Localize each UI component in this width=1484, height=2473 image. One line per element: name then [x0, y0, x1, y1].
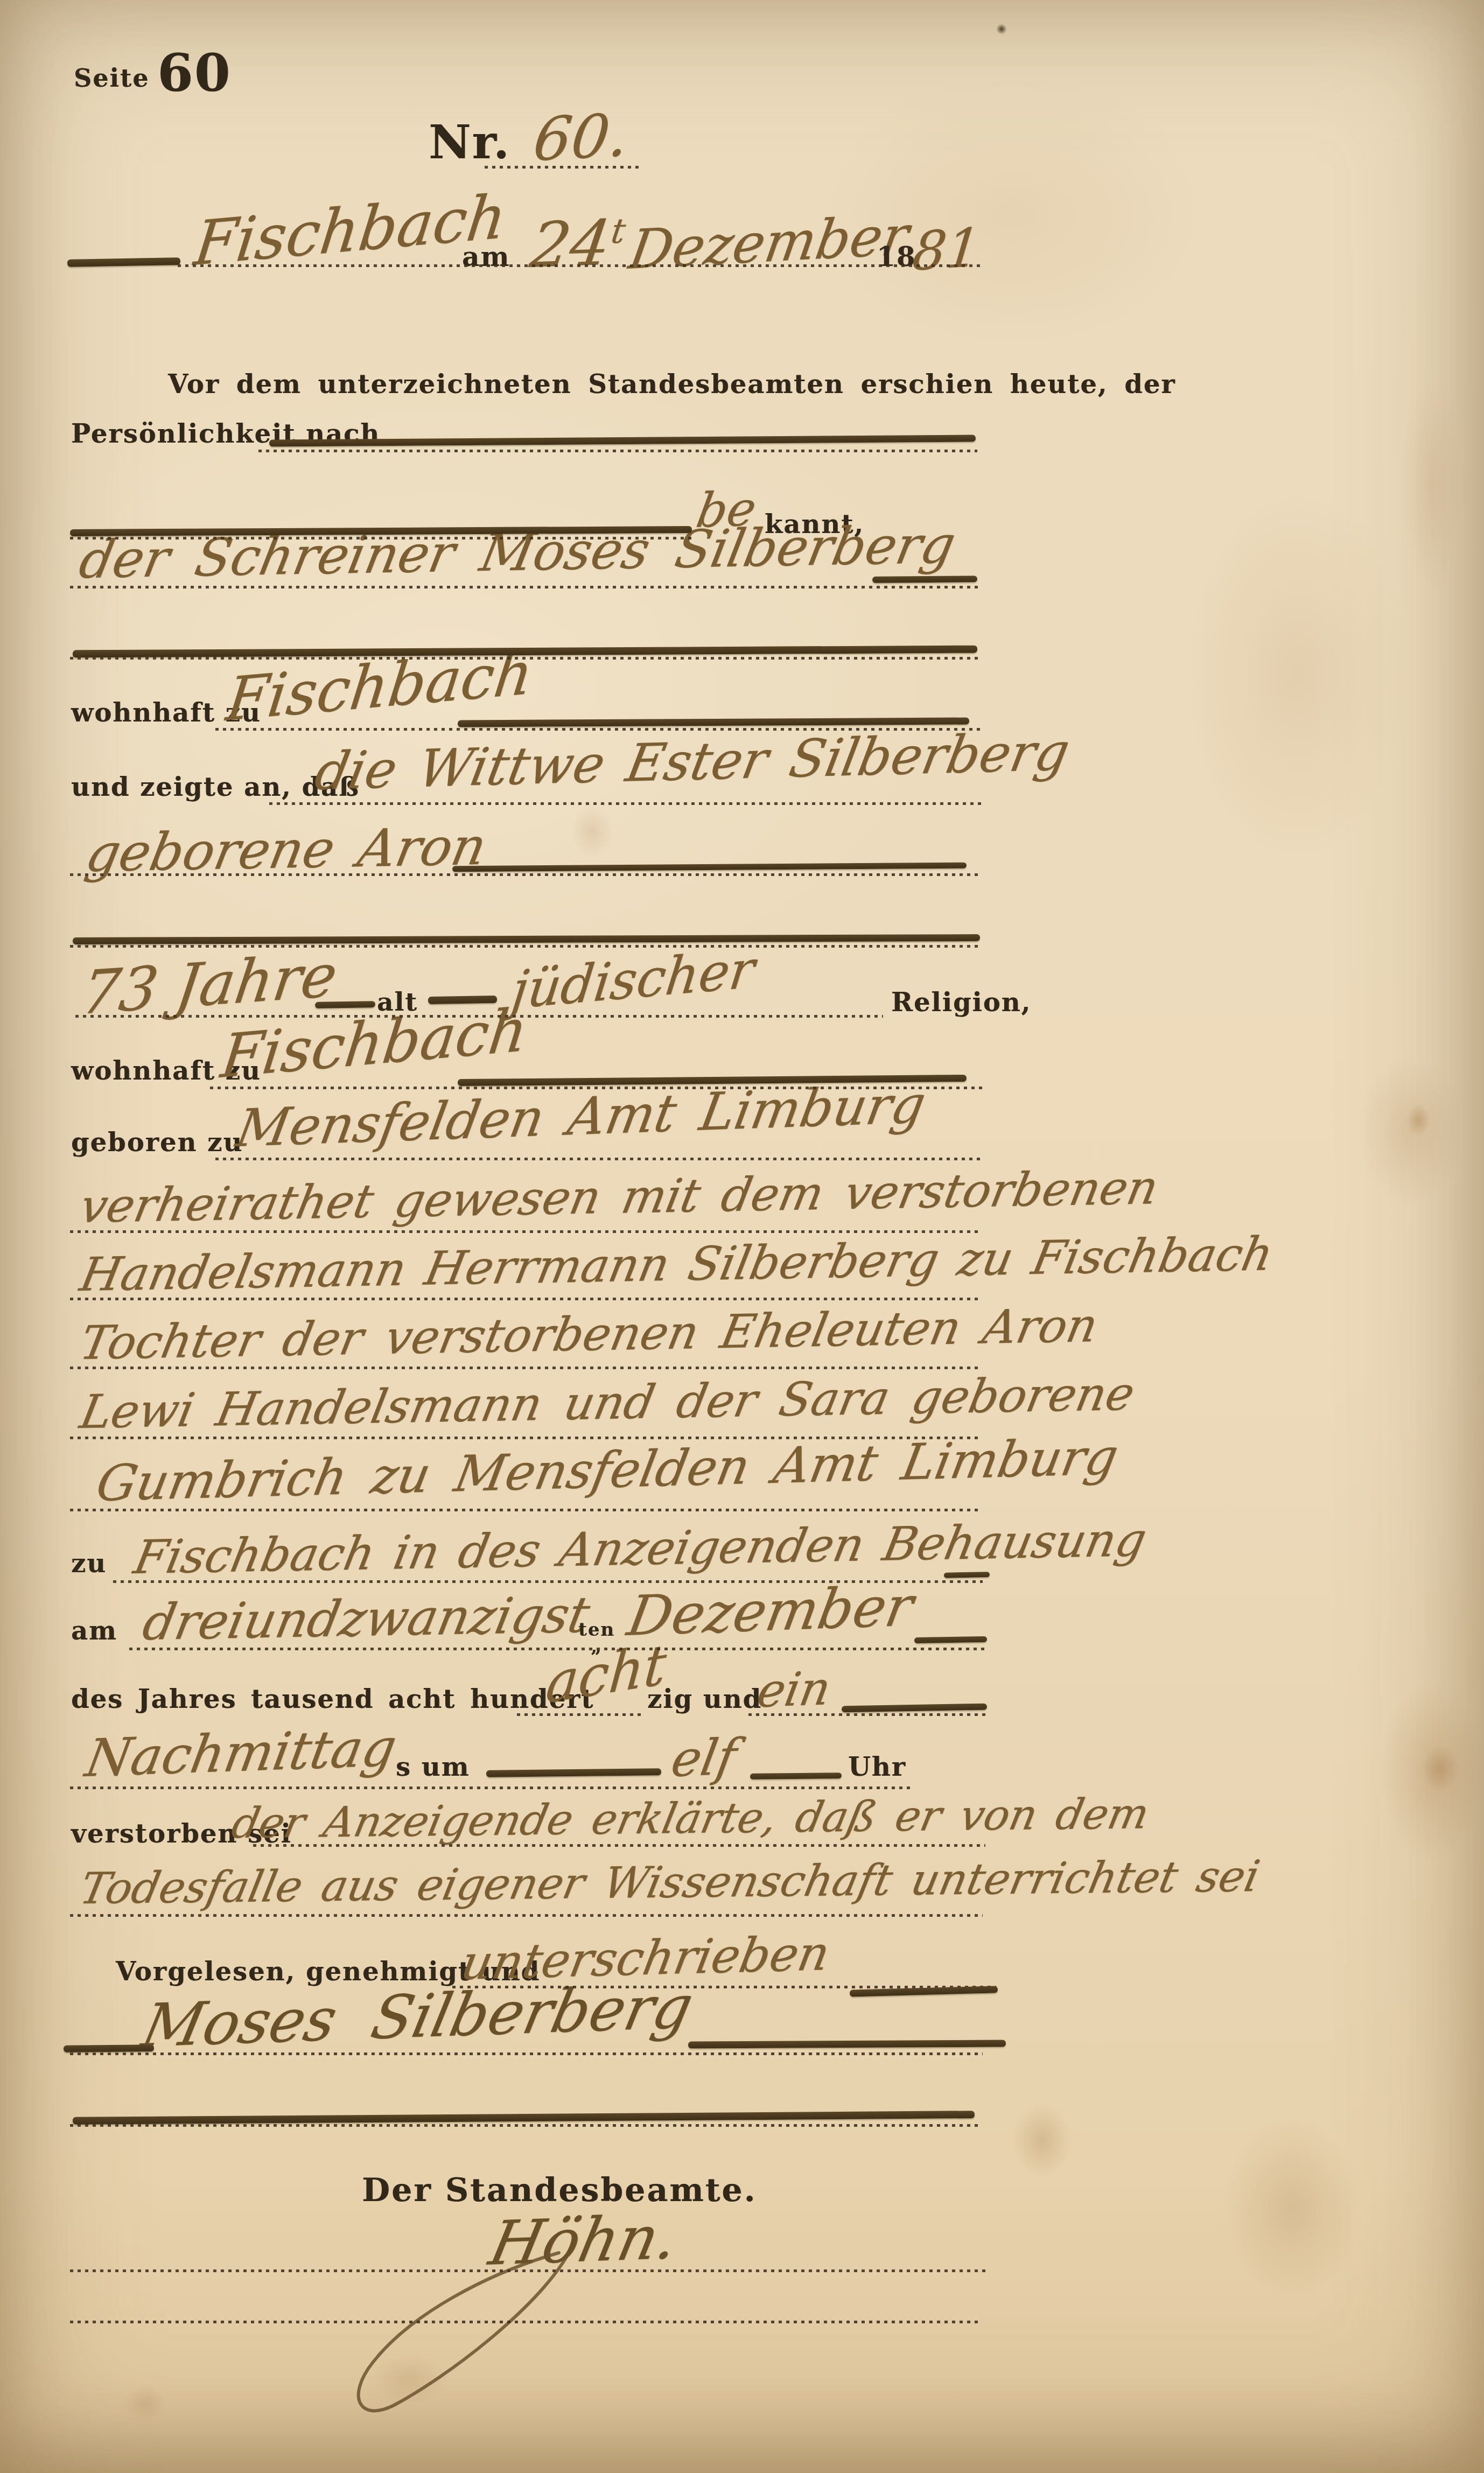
- dotted-rule: [70, 873, 980, 876]
- foxing-stain: [1222, 2116, 1362, 2299]
- dotted-rule: [70, 1914, 983, 1917]
- ink-stroke: [914, 1636, 987, 1643]
- page-number: 60: [157, 47, 232, 99]
- foxing-stain: [571, 805, 614, 859]
- death-statement-2: Todesfalle aus eigener Wissenschaft unte…: [76, 1855, 1263, 1910]
- registrar-title: Der Standesbeamte.: [362, 2174, 757, 2206]
- intro-line: Vor dem unterzeichneten Standesbeamten e…: [168, 372, 1176, 397]
- ink-stroke: [67, 257, 180, 267]
- foxing-stain: [1406, 1104, 1430, 1136]
- foxing-stain: [1185, 485, 1411, 861]
- ink-stroke: [842, 1704, 987, 1713]
- death-statement-1: der Anzeigende erklärte, daß er von dem: [228, 1793, 1152, 1845]
- um-label: s um: [396, 1754, 470, 1780]
- geboren-zu-label: geboren zu: [71, 1130, 243, 1155]
- dateline-year: 81: [910, 221, 983, 279]
- ink-stroke: [872, 576, 977, 583]
- page-side-label: Seite: [74, 66, 149, 90]
- dotted-rule: [70, 2124, 980, 2127]
- dateline-day: 24t: [527, 212, 628, 277]
- dotted-rule: [517, 1713, 643, 1716]
- deceased-religion: jüdischer: [509, 943, 758, 1017]
- dotted-rule: [269, 802, 983, 805]
- dotted-rule: [258, 450, 977, 452]
- dotted-rule: [253, 1844, 985, 1847]
- dotted-rule: [70, 2269, 985, 2272]
- deceased-detail-line-5: Gumbrich zu Mensfelden Amt Limburg: [93, 1432, 1122, 1509]
- dotted-rule: [70, 537, 692, 540]
- ink-stroke: [73, 934, 980, 944]
- ink-stroke: [688, 2040, 1006, 2048]
- ink-stroke: [750, 1773, 842, 1780]
- ink-stroke: [315, 1001, 375, 1008]
- dotted-rule: [485, 166, 641, 169]
- ink-stroke: [452, 863, 967, 872]
- year-century-label: des Jahres tausend acht hundert: [71, 1686, 594, 1712]
- dotted-rule: [70, 1787, 913, 1789]
- ink-stroke: [944, 1572, 990, 1578]
- ink-speck: [996, 24, 1007, 34]
- zu-label: zu: [71, 1551, 107, 1577]
- dotted-rule: [178, 264, 983, 267]
- death-daypart: Nachmittag: [82, 1721, 400, 1784]
- dotted-rule: [70, 1437, 980, 1439]
- dotted-rule: [70, 1367, 980, 1369]
- dotted-rule: [70, 2052, 983, 2055]
- foxing-stain: [1012, 2103, 1072, 2178]
- deceased-age: 73 Jahre: [78, 945, 341, 1023]
- death-register-page: Seite 60 Nr. 60. Fischbach am 24t Dezemb…: [0, 0, 1484, 2473]
- ink-stroke: [64, 2044, 154, 2052]
- ink-stroke: [486, 1768, 661, 1777]
- dotted-rule: [70, 945, 980, 948]
- dotted-rule: [210, 1087, 985, 1089]
- dotted-rule: [70, 657, 980, 660]
- foxing-stain: [1378, 1680, 1484, 1863]
- dotted-rule: [70, 1509, 980, 1511]
- death-day-word: dreiundzwanzigst: [139, 1590, 593, 1648]
- dotted-rule: [70, 2321, 980, 2323]
- deceased-name: die Wittwe Ester Silberberg: [311, 726, 1073, 797]
- dotted-rule: [129, 1648, 985, 1650]
- dotted-rule: [70, 1230, 980, 1233]
- foxing-stain: [1422, 1745, 1459, 1793]
- foxing-stain: [1357, 1055, 1465, 1206]
- deceased-detail-line-1: verheirathet gewesen mit dem verstorbene…: [76, 1165, 1162, 1230]
- deceased-detail-line-2: Handelsmann Herrmann Silberberg zu Fisch…: [76, 1231, 1277, 1298]
- deceased-birthplace: Mensfelden Amt Limburg: [233, 1078, 929, 1154]
- dotted-rule: [70, 1298, 980, 1300]
- dotted-rule: [75, 1015, 883, 1018]
- record-number-label: Nr.: [429, 120, 510, 166]
- foxing-stain: [124, 2385, 167, 2423]
- death-hour: elf: [668, 1732, 740, 1784]
- uhr-label: Uhr: [848, 1754, 906, 1780]
- am-label-2: am: [71, 1618, 117, 1644]
- foxing-stain: [1400, 377, 1465, 592]
- signature-flourish: [323, 2251, 592, 2428]
- death-year-ones: ein: [754, 1665, 834, 1714]
- dotted-rule: [748, 1713, 985, 1716]
- record-number-value: 60.: [530, 105, 632, 170]
- dotted-rule: [215, 1158, 980, 1160]
- dotted-rule: [215, 728, 983, 731]
- deceased-detail-line-4: Lewi Handelsmann und der Sara geborene: [76, 1371, 1138, 1435]
- declarant-signature: Moses Silberberg: [137, 1977, 698, 2056]
- death-place-line: Fischbach in des Anzeigenden Behausung: [130, 1517, 1150, 1581]
- dotted-rule: [113, 1580, 983, 1583]
- zig-und-label: zig und: [647, 1686, 762, 1712]
- deceased-nee-line: geborene Aron: [82, 821, 491, 879]
- deceased-detail-line-3: Tochter der verstorbenen Eheleuten Aron: [76, 1302, 1101, 1367]
- ink-stroke: [73, 2111, 975, 2125]
- ink-stroke: [428, 996, 497, 1004]
- dotted-rule: [70, 586, 980, 589]
- religion-label: Religion,: [891, 990, 1031, 1015]
